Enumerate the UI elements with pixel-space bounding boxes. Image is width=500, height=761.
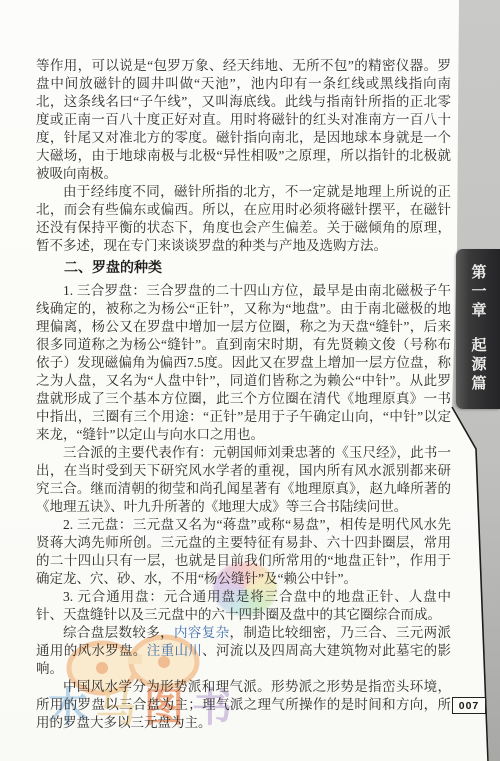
text-column: 等作用，可以说是“包罗万象、经天纬地、无所不包”的精密仪器。罗盘中间放磁针的圆井… bbox=[36, 57, 451, 732]
paragraph: 三合派的主要代表作有：元朝国师刘秉忠著的《玉尺经》，此书一出，在当时受到天下研究… bbox=[36, 444, 451, 516]
paragraph: 2. 三元盘：三元盘又名为“蒋盘”或称“易盘”，相传是明代风水先贤蒋大鸿先师所创… bbox=[36, 516, 451, 588]
paragraph: 综合盘层数较多，内容复杂，制造比较细密，乃三合、三元两派通用的风水罗盘。注重山川… bbox=[36, 624, 451, 678]
text-segment: 综合盘层数较多， bbox=[63, 625, 174, 640]
text-segment-tinted: 注重山川 bbox=[147, 643, 202, 658]
paragraph: 中国风水学分为形势派和理气派。形势派之形势是指峦头环境，所用的罗盘以三合盘为主；… bbox=[36, 678, 451, 732]
chapter-tab-line1: 第一章 bbox=[468, 264, 489, 321]
page-number-badge: 007 bbox=[452, 697, 486, 714]
paragraph: 由于经纬度不同，磁针所指的北方，不一定就是地理上所说的正北，而会有些偏东或偏西。… bbox=[36, 183, 451, 255]
paragraph: 3. 元合通用盘：元合通用盘是将三合盘中的地盘正针、人盘中针、天盘缝针以及三元盘… bbox=[36, 588, 451, 624]
book-page: 木马图书 等作用，可以说是“包罗万象、经天纬地、无所不包”的精密仪器。罗盘中间放… bbox=[0, 0, 500, 761]
chapter-tab-line2: 起源篇 bbox=[468, 337, 489, 394]
paragraph: 1. 三合罗盘：三合罗盘的二十四山方位，最早是由南北磁极子午线确定的，被称之为杨… bbox=[36, 282, 451, 444]
text-segment-tinted: 内容复杂 bbox=[174, 625, 229, 640]
chapter-tab: 第一章 起源篇 bbox=[456, 249, 500, 409]
section-heading: 二、罗盘的种类 bbox=[36, 260, 451, 278]
paragraph: 等作用，可以说是“包罗万象、经天纬地、无所不包”的精密仪器。罗盘中间放磁针的圆井… bbox=[36, 57, 451, 183]
